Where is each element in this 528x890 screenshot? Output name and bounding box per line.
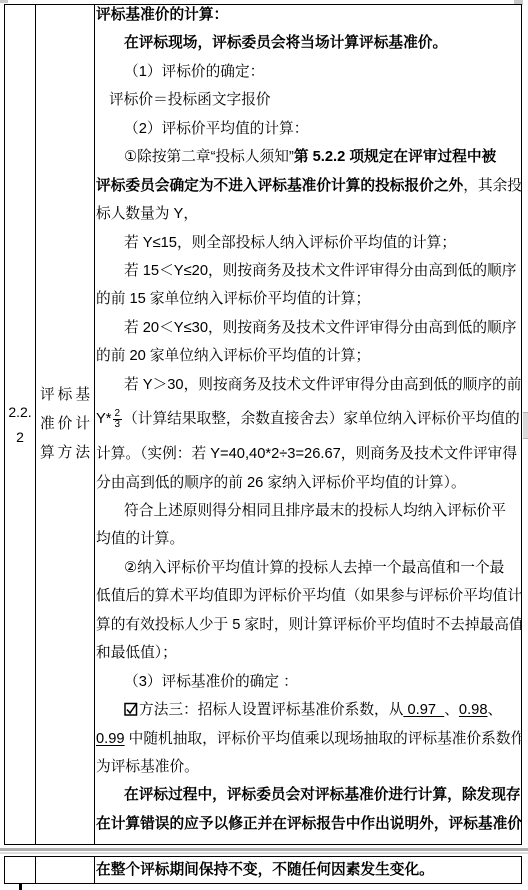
checked-checkbox-icon [124, 698, 138, 726]
text-segment: ，其余投 [463, 178, 521, 194]
bold-text-segment: 在评标过程中，评标委员会对评标基准价进行计算，除发现存 [124, 787, 521, 803]
text-segment: 、 [488, 702, 503, 718]
item-name-cell: 评标基准价计算方法 [36, 5, 95, 844]
document-page: 2.2.2 评标基准价计算方法 评标基准价的计算：在评标现场，评标委员会将当场计… [0, 0, 528, 890]
text-segment: （计算结果取整，余数直接舍去）家单位纳入评标价平均值的 [123, 411, 520, 427]
text-line: 若 15＜Y≤20，则按商务及技术文件评审得分由高到低的顺序 [96, 257, 521, 285]
text-line: 0.99 中随机抽取，评标价平均值乘以现场抽取的评标基准价系数作 [96, 725, 521, 753]
text-segment: 评标价＝投标函文字报价 [109, 92, 271, 108]
text-segment: 的前 20 家单位纳入评标价平均值的计算； [96, 348, 370, 364]
text-segment: 若 Y＞30，则按商务及技术文件评审得分由高到低的顺序的前 [124, 377, 521, 393]
underlined-text-segment: 0.98 [459, 702, 488, 718]
text-segment: 算的有效投标人少于 5 家时，则计算评标价平均值时不去掉最高值 [96, 617, 521, 633]
text-line: 为评标基准价。 [96, 753, 521, 781]
text-line: （2）评标价平均值的计算： [96, 115, 521, 143]
text-line: 若 Y≤15，则全部投标人纳入评标价平均值的计算； [96, 229, 521, 257]
right-margin-scroll-fragment [523, 412, 528, 439]
text-segment: 方法三：招标人设置评标基准价系数，从 [139, 702, 403, 718]
page-break-line-dark [0, 848, 528, 851]
text-segment: ①除按第二章“投标人须知” [124, 149, 294, 165]
text-segment: 、 [444, 702, 459, 718]
text-segment: （2）评标价平均值的计算： [124, 121, 308, 137]
text-line: 的前 20 家单位纳入评标价平均值的计算； [96, 342, 521, 370]
cell-text-line: 算方法 [37, 439, 93, 468]
cell-text-line: 评标基 [37, 381, 93, 410]
text-line: 评标价＝投标函文字报价 [96, 86, 521, 114]
page-break-line-light [0, 852, 528, 854]
evaluation-criteria-table-continued: 在整个评标期间保持不变，不随任何因素发生变化。 [4, 856, 522, 884]
bold-text-segment: 评标委员会确定为不进入评标基准价计算的投标报价之外 [96, 178, 463, 194]
text-segment: 分由高到低的顺序的前 26 家纳入评标价平均值的计算）。 [96, 475, 466, 491]
text-segment: 若 20＜Y≤30，则按商务及技术文件评审得分由高到低的顺序 [124, 320, 516, 336]
evaluation-criteria-table: 2.2.2 评标基准价计算方法 评标基准价的计算：在评标现场，评标委员会将当场计… [4, 4, 522, 845]
text-line: 在评标现场，评标委员会将当场计算评标基准价。 [96, 29, 521, 57]
margin-mark-top-left [0, 0, 8, 3]
text-line: 分由高到低的顺序的前 26 家纳入评标价平均值的计算）。 [96, 469, 521, 497]
text-segment: 符合上述原则得分相同且排序最末的投标人均纳入评标价平 [124, 503, 506, 519]
underlined-text-segment: 0.99 [96, 731, 125, 747]
text-segment: 和最低值）； [96, 645, 177, 661]
bold-text-segment: 评标基准价的计算： [96, 7, 228, 23]
text-segment: 低值后的算术平均值即为评标价平均值（如果参与评标价平均值计 [96, 588, 521, 604]
text-segment: 若 Y≤15，则全部投标人纳入评标价平均值的计算； [124, 235, 456, 251]
text-line: 标人数量为 Y， [96, 200, 521, 228]
fraction-two-thirds: 23 [113, 409, 123, 430]
text-line: 算的有效投标人少于 5 家时，则计算评标价平均值时不去掉最高值 [96, 611, 521, 639]
bold-text-segment: 在整个评标期间保持不变，不随任何因素发生变化。 [96, 862, 434, 878]
text-line: 方法三：招标人设置评标基准价系数，从 0.97 、0.98、 [96, 696, 521, 724]
text-segment: 均值的计算。 [96, 531, 184, 547]
text-segment: 标人数量为 Y， [96, 206, 198, 222]
text-line: 若 Y＞30，则按商务及技术文件评审得分由高到低的顺序的前 [96, 371, 521, 399]
text-line: 均值的计算。 [96, 525, 521, 553]
cell-text-line: 2.2. [8, 400, 31, 425]
text-line: 低值后的算术平均值即为评标价平均值（如果参与评标价平均值计 [96, 582, 521, 610]
text-line: 的前 15 家单位纳入评标价平均值的计算； [96, 285, 521, 313]
item-number-cell-continued [5, 857, 36, 883]
cell-text-line: 准价计 [37, 410, 93, 439]
text-line: 在评标过程中，评标委员会对评标基准价进行计算，除发现存 [96, 781, 521, 809]
bold-text-segment: 在评标现场，评标委员会将当场计算评标基准价。 [124, 35, 447, 51]
text-segment: 的前 15 家单位纳入评标价平均值的计算； [96, 291, 370, 307]
text-line: Y*23（计算结果取整，余数直接舍去）家单位纳入评标价平均值的 [96, 399, 521, 440]
text-cursor-mark [19, 884, 22, 890]
text-line: （1）评标价的确定： [96, 58, 521, 86]
item-content-cell-continued: 在整个评标期间保持不变，不随任何因素发生变化。 [95, 857, 521, 883]
text-segment: 计算。（实例：若 Y=40,40*2÷3=26.67，则商务及技术文件评审得 [96, 446, 517, 462]
text-segment: Y* [96, 411, 112, 427]
text-segment: ②纳入评标价平均值计算的投标人去掉一个最高值和一个最 [124, 560, 504, 576]
bold-text-segment: 第 5.2.2 项规定在评审过程中被 [294, 149, 496, 165]
text-line: 在计算错误的应予以修正并在评标报告中作出说明外，评标基准价 [96, 810, 521, 838]
text-line: ②纳入评标价平均值计算的投标人去掉一个最高值和一个最 [96, 554, 521, 582]
item-content-cell: 评标基准价的计算：在评标现场，评标委员会将当场计算评标基准价。（1）评标价的确定… [95, 1, 521, 844]
text-segment: （3）评标基准价的确定 ： [124, 674, 298, 690]
text-line: 符合上述原则得分相同且排序最末的投标人均纳入评标价平 [96, 497, 521, 525]
text-segment: 中随机抽取，评标价平均值乘以现场抽取的评标基准价系数作 [125, 731, 521, 747]
text-segment: 为评标基准价。 [96, 759, 199, 775]
text-line: 评标基准价的计算： [96, 1, 521, 29]
underlined-text-segment: 0.97 [403, 702, 444, 718]
text-line: ①除按第二章“投标人须知”第 5.2.2 项规定在评审过程中被 [96, 143, 521, 171]
bold-text-segment: 在计算错误的应予以修正并在评标报告中作出说明外，评标基准价 [96, 816, 521, 832]
text-segment: （1）评标价的确定： [124, 64, 264, 80]
text-segment: 若 15＜Y≤20，则按商务及技术文件评审得分由高到低的顺序 [124, 263, 516, 279]
cell-text-line: 2 [16, 425, 24, 450]
item-name-cell-continued [36, 857, 95, 883]
text-line: （3）评标基准价的确定 ： [96, 668, 521, 696]
text-line: 若 20＜Y≤30，则按商务及技术文件评审得分由高到低的顺序 [96, 314, 521, 342]
item-number-cell: 2.2.2 [5, 5, 36, 844]
text-line: 评标委员会确定为不进入评标基准价计算的投标报价之外，其余投 [96, 172, 521, 200]
text-line: 和最低值）； [96, 639, 521, 667]
text-line: 计算。（实例：若 Y=40,40*2÷3=26.67，则商务及技术文件评审得 [96, 440, 521, 468]
text-line: 在整个评标期间保持不变，不随任何因素发生变化。 [96, 857, 521, 883]
